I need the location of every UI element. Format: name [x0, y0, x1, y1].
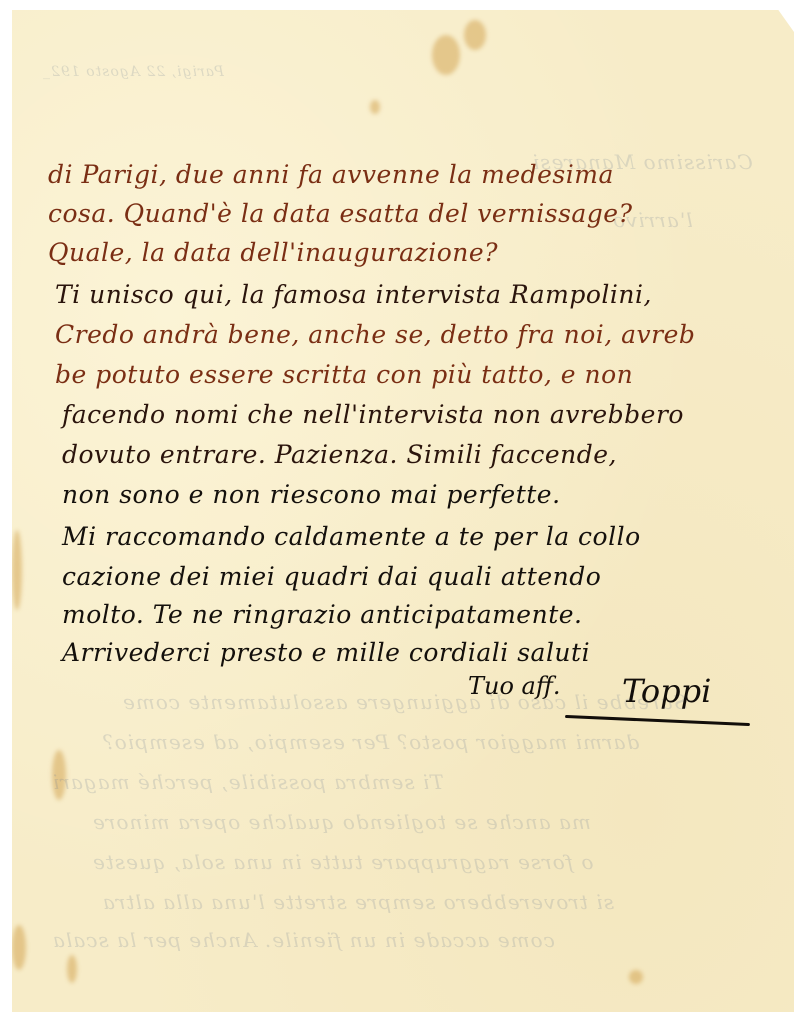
bleed-through-line: o forse raggruppare tutte in una sola, q… [92, 850, 594, 874]
paper-stain [629, 970, 643, 984]
bleed-through-line: ma anche se togliendo qualche opera mino… [92, 810, 591, 834]
bleed-through-line: darmi maggior posto? Per esempio, ad ese… [102, 730, 639, 754]
letter-line: Mi raccomando caldamente a te per la col… [62, 522, 641, 551]
bleed-through-line: si troverebbero sempre strette l'una all… [102, 890, 614, 914]
letter-line: di Parigi, due anni fa avvenne la medesi… [48, 160, 614, 189]
bleed-through-line: Sarebbe il caso di aggiungere assolutame… [122, 690, 687, 714]
letter-line: molto. Te ne ringrazio anticipatamente. [62, 600, 583, 629]
letter-line: cosa. Quand'è la data esatta del verniss… [48, 199, 633, 228]
letter-line: non sono e non riescono mai perfette. [62, 480, 561, 509]
paper-stain [432, 35, 460, 75]
signature: Toppi [622, 672, 711, 710]
letter-closing: Tuo aff. [468, 672, 560, 700]
paper-stain [67, 955, 77, 983]
paper-stain [464, 20, 486, 50]
letter-line: be potuto essere scritta con più tatto, … [55, 360, 633, 389]
paper-stain [12, 530, 22, 610]
bleed-through-line: come accade in un fienile. Anche per la … [52, 928, 555, 952]
bleed-through-date: Parigi, 22 Agosto 192_ [42, 64, 224, 80]
letter-line: Quale, la data dell'inaugurazione? [48, 238, 498, 267]
letter-line: cazione dei miei quadri dai quali attend… [62, 562, 601, 591]
paper-stain [12, 925, 26, 970]
letter-line: Credo andrà bene, anche se, detto fra no… [55, 320, 695, 349]
letter-line: facendo nomi che nell'intervista non avr… [62, 400, 684, 429]
letter-line: dovuto entrare. Pazienza. Simili faccend… [62, 440, 617, 469]
bleed-through-line: Ti sembra possibile, perché magari [52, 770, 444, 794]
letter-line: Arrivederci presto e mille cordiali salu… [62, 638, 590, 667]
letter-line: Ti unisco qui, la famosa intervista Ramp… [55, 280, 652, 309]
paper-stain [370, 100, 380, 114]
